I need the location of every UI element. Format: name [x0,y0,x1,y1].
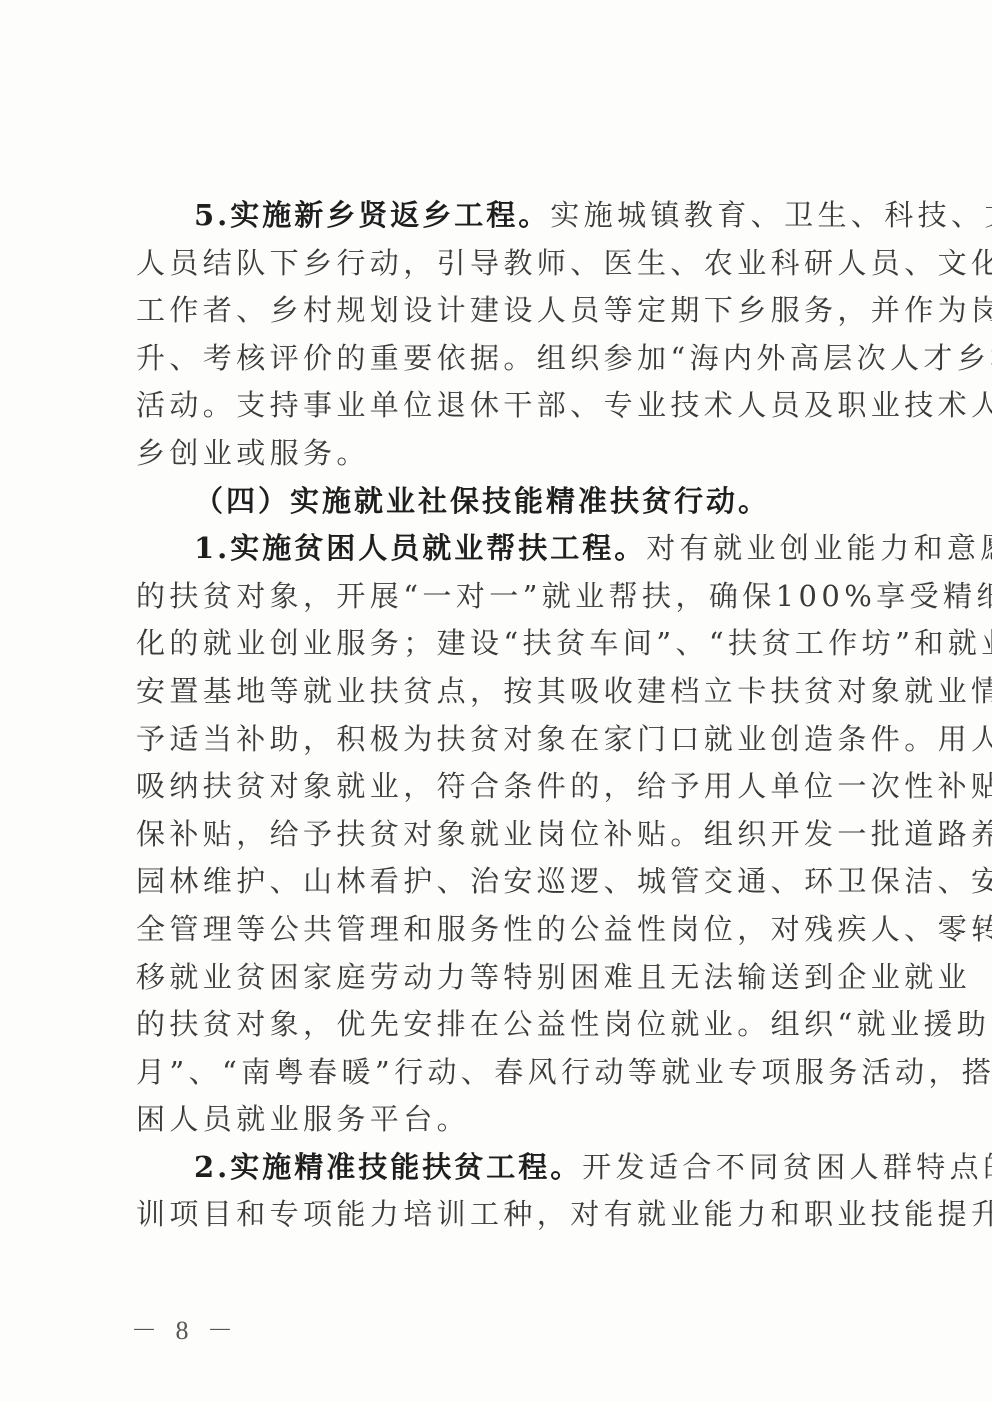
paragraph-line: 乡创业或服务。 [136,435,868,483]
paragraph-line: 化的就业创业服务；建设“扶贫车间”、“扶贫工作坊”和就业 [136,625,868,673]
paragraph-line: 全管理等公共管理和服务性的公益性岗位，对残疾人、零转 [136,911,868,959]
item-heading: 5.实施新乡贤返乡工程。 [194,198,550,232]
paragraph-line: 园林维护、山林看护、治安巡逻、城管交通、环卫保洁、安 [136,863,868,911]
paragraph-line: 保补贴，给予扶贫对象就业岗位补贴。组织开发一批道路养护、 [136,816,868,864]
paragraph-line: 1.实施贫困人员就业帮扶工程。对有就业创业能力和意愿 [136,530,868,578]
paragraph-line: 工作者、乡村规划设计建设人员等定期下乡服务，并作为岗位晋 [136,292,868,340]
page-number: － 8 － [131,1310,239,1347]
paragraph-line: 的扶贫对象，优先安排在公益性岗位就业。组织“就业援助 [136,1006,868,1054]
paragraph-line: 人员结队下乡行动，引导教师、医生、农业科研人员、文化文艺 [136,245,868,293]
item-heading: 2.实施精准技能扶贫工程。 [194,1150,582,1184]
paragraph-line: 安置基地等就业扶贫点，按其吸收建档立卡扶贫对象就业情况给 [136,673,868,721]
paragraph-line: 训项目和专项能力培训工种，对有就业能力和职业技能提升意愿 [136,1196,868,1244]
paragraph-line: 升、考核评价的重要依据。组织参加“海内外高层次人才乡村行” [136,340,868,388]
paragraph-line: 予适当补助，积极为扶贫对象在家门口就业创造条件。用人单位 [136,721,868,769]
item-heading: 1.实施贫困人员就业帮扶工程。 [194,531,646,565]
section-heading: （四）实施就业社保技能精准扶贫行动。 [136,483,868,531]
paragraph-line: 吸纳扶贫对象就业，符合条件的，给予用人单位一次性补贴和社 [136,768,868,816]
paragraph-line: 月”、“南粤春暖”行动、春风行动等就业专项服务活动，搭建贫 [136,1054,868,1102]
paragraph-line: 困人员就业服务平台。 [136,1101,868,1149]
paragraph-line: 5.实施新乡贤返乡工程。实施城镇教育、卫生、科技、文化 [136,197,868,245]
paragraph-line: 移就业贫困家庭劳动力等特别困难且无法输送到企业就业 [136,959,868,1007]
paragraph-line: 的扶贫对象，开展“一对一”就业帮扶，确保100%享受精细 [136,578,868,626]
document-page: 5.实施新乡贤返乡工程。实施城镇教育、卫生、科技、文化 人员结队下乡行动，引导教… [136,197,868,1244]
paragraph-line: 活动。支持事业单位退休干部、专业技术人员及职业技术人才返 [136,387,868,435]
paragraph-line: 2.实施精准技能扶贫工程。开发适合不同贫困人群特点的培 [136,1149,868,1197]
